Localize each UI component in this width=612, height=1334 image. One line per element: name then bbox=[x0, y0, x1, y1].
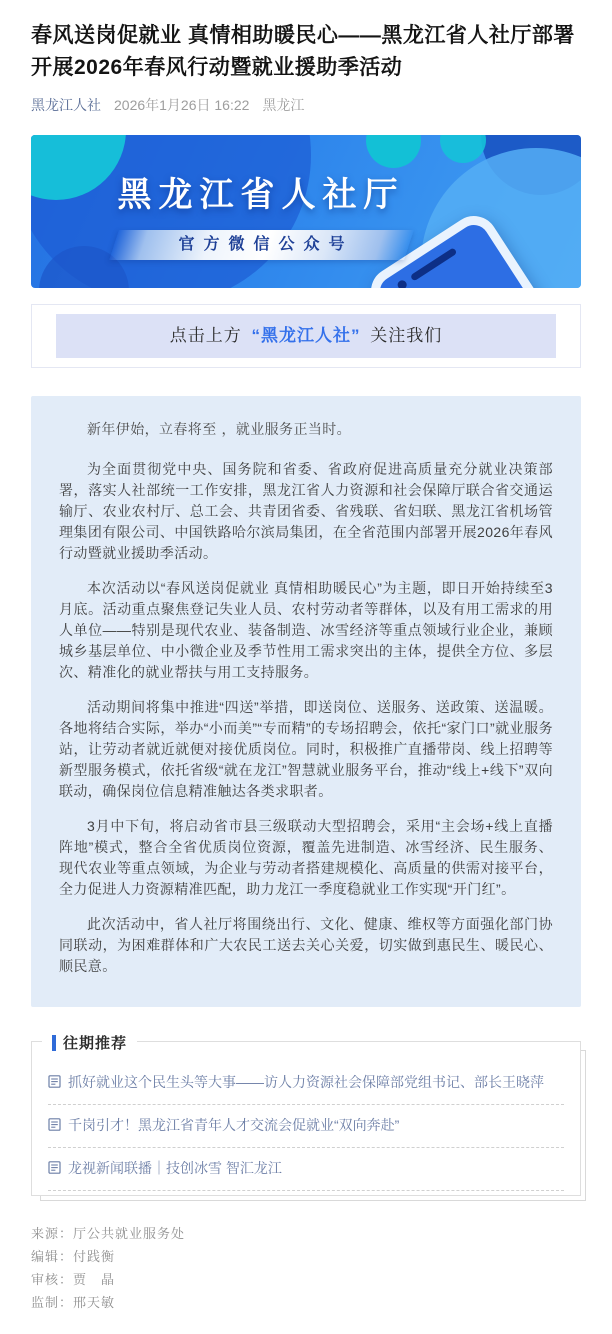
past-article-link[interactable]: 龙视新闻联播｜技创冰雪 智汇龙江 bbox=[48, 1148, 564, 1191]
past-recommendations: 往期推荐 抓好就业这个民生头等大事——访人力资源社会保障部党组书记、部长王晓萍 … bbox=[31, 1041, 581, 1196]
article-credits: 来源：厅公共就业服务处 编辑：付践衡 审核：贾 晶 监制：邢天敏 bbox=[31, 1222, 581, 1314]
paragraph: 为全面贯彻党中央、国务院和省委、省政府促进高质量充分就业决策部署，落实人社部统一… bbox=[59, 459, 553, 564]
byline: 黑龙江人社 2026年1月26日 16:22 黑龙江 bbox=[31, 95, 581, 115]
promo-suffix: 关注我们 bbox=[370, 326, 442, 345]
banner-text: 黑龙江省人社厅 官方微信公众号 bbox=[31, 167, 491, 260]
intro-line: 新年伊始，立春将至 ，就业服务正当时。 bbox=[59, 420, 553, 441]
publish-location: 黑龙江 bbox=[262, 95, 304, 115]
publish-time: 2026年1月26日 16:22 bbox=[114, 95, 249, 115]
credit-reviewer: 审核：贾 晶 bbox=[31, 1268, 581, 1291]
paragraph: 此次活动中，省人社厅将围绕出行、文化、健康、维权等方面强化部门协同联动，为困难群… bbox=[59, 914, 553, 977]
credit-source: 来源：厅公共就业服务处 bbox=[31, 1222, 581, 1245]
banner-image: 黑龙江省人社厅 官方微信公众号 bbox=[31, 135, 581, 288]
past-recommendations-header: 往期推荐 bbox=[42, 1032, 137, 1053]
paragraph: 3月中下旬，将启动省市县三级联动大型招聘会，采用“主会场+线上直播阵地”模式，整… bbox=[59, 816, 553, 900]
credit-editor: 编辑：付践衡 bbox=[31, 1245, 581, 1268]
paragraph: 活动期间将集中推进“四送”举措，即送岗位、送服务、送政策、送温暖。各地将结合实际… bbox=[59, 697, 553, 802]
banner-decor-circle bbox=[440, 135, 486, 163]
banner-ribbon: 官方微信公众号 bbox=[109, 230, 414, 260]
past-article-link[interactable]: 千岗引才！黑龙江省青年人才交流会促就业“双向奔赴” bbox=[48, 1105, 564, 1148]
follow-promo-inner: 点击上方 “黑龙江人社” 关注我们 bbox=[56, 314, 556, 358]
credit-supervisor: 监制：邢天敏 bbox=[31, 1291, 581, 1314]
document-icon bbox=[48, 1075, 61, 1088]
past-article-title: 千岗引才！黑龙江省青年人才交流会促就业“双向奔赴” bbox=[68, 1115, 399, 1135]
past-header-label: 往期推荐 bbox=[63, 1032, 127, 1053]
article-page: 春风送岗促就业 真情相助暖民心——黑龙江省人社厅部署开展2026年春风行动暨就业… bbox=[0, 20, 612, 1314]
promo-prefix: 点击上方 bbox=[170, 326, 242, 345]
article-content: 新年伊始，立春将至 ，就业服务正当时。 为全面贯彻党中央、国务院和省委、省政府促… bbox=[31, 396, 581, 1007]
document-icon bbox=[48, 1161, 61, 1174]
past-article-link[interactable]: 抓好就业这个民生头等大事——访人力资源社会保障部党组书记、部长王晓萍 bbox=[48, 1062, 564, 1105]
past-article-title: 龙视新闻联播｜技创冰雪 智汇龙江 bbox=[68, 1158, 282, 1178]
banner-decor-circle bbox=[366, 135, 421, 168]
follow-promo-box: 点击上方 “黑龙江人社” 关注我们 bbox=[31, 304, 581, 368]
phone-camera bbox=[396, 279, 408, 288]
banner-subtitle: 官方微信公众号 bbox=[114, 230, 409, 260]
header-accent-bar bbox=[52, 1035, 56, 1051]
paragraph: 本次活动以“春风送岗促就业 真情相助暖民心”为主题，即日开始持续至3月底。活动重… bbox=[59, 578, 553, 683]
account-name-link[interactable]: 黑龙江人社 bbox=[31, 95, 101, 115]
banner-title: 黑龙江省人社厅 bbox=[31, 167, 491, 216]
past-article-title: 抓好就业这个民生头等大事——访人力资源社会保障部党组书记、部长王晓萍 bbox=[68, 1072, 544, 1092]
page-title: 春风送岗促就业 真情相助暖民心——黑龙江省人社厅部署开展2026年春风行动暨就业… bbox=[31, 20, 581, 83]
account-highlight-link[interactable]: “黑龙江人社” bbox=[252, 326, 361, 345]
document-icon bbox=[48, 1118, 61, 1131]
